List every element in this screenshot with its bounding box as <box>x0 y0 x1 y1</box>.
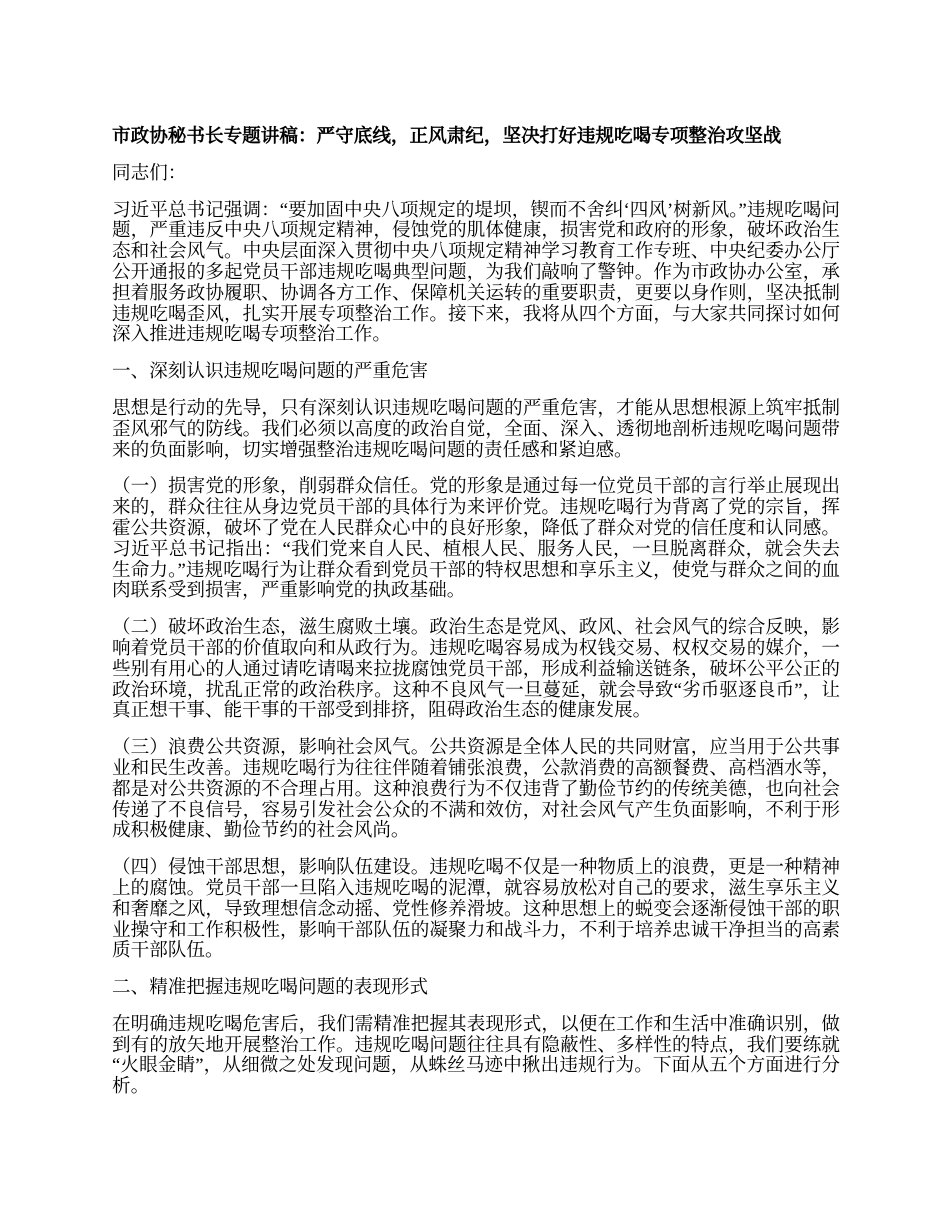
section-2-lead-paragraph: 在明确违规吃喝危害后，我们需精准把握其表现形式，以便在工作和生活中准确识别，做到… <box>112 1015 840 1098</box>
section-1-point-2: （二）破坏政治生态，滋生腐败土壤。政治生态是党风、政风、社会风气的综合反映，影响… <box>112 618 840 722</box>
intro-paragraph: 习近平总书记强调：“要加固中央八项规定的堤坝，锲而不舍纠‘四风’树新风。”违规吃… <box>112 201 840 347</box>
section-1-lead-paragraph: 思想是行动的先导，只有深刻认识违规吃喝问题的严重危害，才能从思想根源上筑牢抵制歪… <box>112 399 840 461</box>
section-1-heading: 一、深刻认识违规吃喝问题的严重危害 <box>112 362 840 383</box>
section-2-heading: 二、精准把握违规吃喝问题的表现形式 <box>112 978 840 999</box>
document-body: 市政协秘书长专题讲稿：严守底线，正风肃纪，坚决打好违规吃喝专项整治攻坚战 同志们… <box>112 127 840 1098</box>
section-1-point-3: （三）浪费公共资源，影响社会风气。公共资源是全体人民的共同财富，应当用于公共事业… <box>112 738 840 842</box>
salutation: 同志们： <box>112 164 840 185</box>
section-1-point-1: （一）损害党的形象，削弱群众信任。党的形象是通过每一位党员干部的言行举止展现出来… <box>112 477 840 602</box>
document-title: 市政协秘书长专题讲稿：严守底线，正风肃纪，坚决打好违规吃喝专项整治攻坚战 <box>112 127 840 148</box>
document-page: 市政协秘书长专题讲稿：严守底线，正风肃纪，坚决打好违规吃喝专项整治攻坚战 同志们… <box>0 0 950 1230</box>
section-1-point-4: （四）侵蚀干部思想，影响队伍建设。违规吃喝不仅是一种物质上的浪费，更是一种精神上… <box>112 858 840 962</box>
